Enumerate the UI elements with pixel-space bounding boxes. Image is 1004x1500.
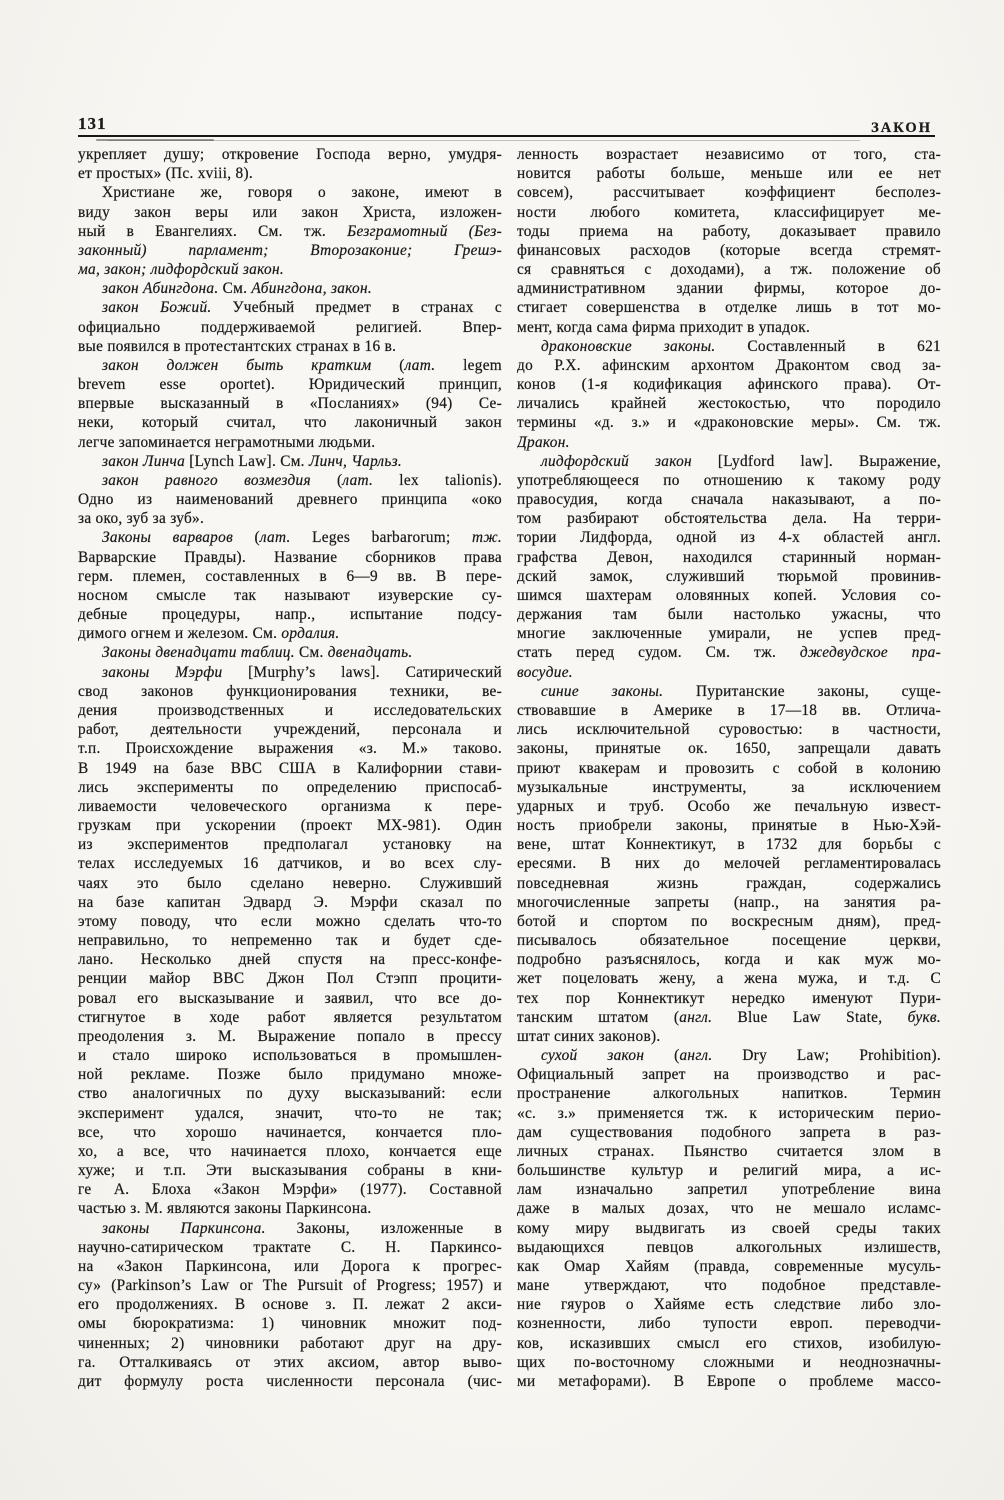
italic-run: закон Божий. [102,299,212,316]
text-line: на базе капитан Эдвард Э. Мэрфи сказал п… [78,893,502,912]
text-line: вые появился в протестантских странах в … [78,337,502,356]
italic-run: джедвудское пра- [800,644,941,661]
text-line: грузкам при ускорении (проект MX-981). О… [78,816,502,835]
text-line: ма, закон; лидфордский закон. [78,260,502,279]
text-line: и стало широко использоваться в промышле… [78,1046,502,1065]
italic-run: закон равного возмездия [102,472,311,489]
text-line: административном здании фирмы, которое д… [517,279,941,298]
text-line: ет простых» (Пс. xviii, 8). [78,164,502,183]
text-line: лись эксперименты по определению приспос… [78,778,502,797]
text-line: частью з. М. являются законы Паркинсона. [78,1199,502,1218]
text-line: употребляющееся по отношению к такому ро… [517,471,941,490]
text-line: эксперимент удался, значит, что-то не та… [78,1104,502,1123]
text-line: лано. Несколько дней спустя на пресс-кон… [78,950,502,969]
italic-run: Законы варваров [102,529,233,546]
text-line: су» (Parkinson’s Law or The Pursuit of P… [78,1276,502,1295]
text-line: из экспериментов предполагал установку н… [78,835,502,854]
text-line: В 1949 на базе ВВС США в Калифорнии став… [78,759,502,778]
text-line: повседневная жизнь граждан, содержались [517,874,941,893]
text-line: законы Мэрфи [Murphy’s laws]. Сатирическ… [78,663,502,682]
text-line: до Р.Х. афинским архонтом Драконтом свод… [517,356,941,375]
text-line: совсем), рассчитывает коэффициент беспол… [517,183,941,202]
text-line: лидфордский закон [Lydford law]. Выражен… [517,452,941,471]
text-line: впервые высказанный в «Посланиях» (94) С… [78,394,502,413]
text-line: многочисленные запреты (напр., на заняти… [517,893,941,912]
text-line: законы, принятые ок. 1650, запрещали дав… [517,739,941,758]
text-line: жет поцеловать жену, а жена мужа, и т.д.… [517,969,941,988]
text-line: научно-сатирическом трактате С. Н. Парки… [78,1238,502,1257]
text-line: официально поддерживаемой религией. Впер… [78,318,502,337]
text-line: мане утверждают, что подобное представле… [517,1276,941,1295]
text-line: как Омар Хайям (правда, современные мусу… [517,1257,941,1276]
text-line: дский замок, служивший тюрьмой провинив- [517,567,941,586]
text-line: Одно из наименований древнего принципа «… [78,490,502,509]
text-line: ливаемости человеческого организма к пер… [78,797,502,816]
italic-run: закон Абингдона. [102,280,219,297]
text-line: кому миру выдвигать из своей среды таких [517,1219,941,1238]
italic-run: сухой закон [541,1047,644,1064]
text-line: свод законов функционирования техники, в… [78,682,502,701]
italic-run: Линч, Чарльз. [309,453,402,470]
text-line: личных странах. Пьянство считается злом … [517,1142,941,1161]
text-line: дам существования подобного запрета в ра… [517,1123,941,1142]
italic-run: англ. [679,1047,712,1064]
text-line: ми метафорами). В Европе о проблеме масс… [517,1372,941,1391]
text-line: Законы двенадцати таблиц. См. двенадцать… [78,643,502,662]
text-line: ние гяуров о Хайяме есть следствие либо … [517,1295,941,1314]
text-line: неправильно, то непременно так и будет с… [78,931,502,950]
text-line: ересями. В них до мелочей регламентирова… [517,854,941,873]
text-line: тоды приема на работу, доказывает правил… [517,222,941,241]
text-line: носном смысле так называют изуверские су… [78,586,502,605]
italic-run: англ. [679,1009,712,1026]
text-line: brevem esse oportet). Юридический принци… [78,375,502,394]
text-line: даже в малых дозах, что не мешало исламс… [517,1199,941,1218]
text-line: лись исключительной суровостью: в частно… [517,720,941,739]
italic-run: закон Линча [102,453,185,470]
text-line: законы Паркинсона. Законы, изложенные в [78,1219,502,1238]
text-line: укрепляет душу; откровение Господа верно… [78,145,502,164]
text-line: ударных и труб. Особо же печальную извес… [517,797,941,816]
italic-run: лат. [342,472,373,489]
text-line: ренции майор ВВС Джон Пол Стэпп процити- [78,969,502,988]
text-line: ге А. Блоха «Закон Мэрфи» (1977). Состав… [78,1180,502,1199]
italic-run: тж. [472,529,502,546]
header-rule [78,135,935,137]
text-line: легче запоминается неграмотными людьми. [78,433,502,452]
italic-run: двенадцать. [328,644,413,661]
text-line: Дракон. [517,433,941,452]
text-line: за око, зуб за зуб». [78,509,502,528]
text-line: выдающихся певцов алкогольных излишеств, [517,1238,941,1257]
text-line: чиненных; 2) чиновники работают друг на … [78,1334,502,1353]
text-line: Варварские Правды). Название сборников п… [78,548,502,567]
text-line: преодоления з. М. Выражение попало в пре… [78,1027,502,1046]
text-line: большинстве культур и религий мира, а ис… [517,1161,941,1180]
text-line: штат синих законов). [517,1027,941,1046]
text-line: ков, исказивших смысл его стихов, изобил… [517,1334,941,1353]
text-line: ся сравняться с доходами), а тж. положен… [517,260,941,279]
text-line: все, что хорошо начинается, кончается пл… [78,1123,502,1142]
italic-run: закон должен быть кратким [102,357,371,374]
text-line: на «Закон Паркинсона, или Дорога к прогр… [78,1257,502,1276]
italic-run: драконовские законы. [541,338,715,355]
text-line: стигнутое в ходе работ является результа… [78,1008,502,1027]
text-line: личались крайней жестокостью, что породи… [517,394,941,413]
text-line: многие заключенные умирали, не успев пре… [517,624,941,643]
text-line: новится работы больше, меньше или ее нет [517,164,941,183]
text-line: га. Отталкиваясь от этих аксиом, автор в… [78,1353,502,1372]
text-line: конов (1-я кодификация афинского права).… [517,375,941,394]
text-line: графства Девон, находился старинный норм… [517,548,941,567]
italic-run: синие законы. [541,683,663,700]
text-line: восудие. [517,663,941,682]
text-line: димого огнем и железом. См. ордалия. [78,624,502,643]
italic-run: лидфордский закон [541,453,692,470]
text-line: герм. племен, составленных в 6—9 вв. В п… [78,567,502,586]
italic-run: законы Паркинсона. [102,1220,266,1237]
column-right: ленность возрастает независимо от того, … [517,145,941,1391]
header-rule-smudge [96,139,214,141]
text-line: пространение алкогольных напитков. Терми… [517,1084,941,1103]
text-line: тории Лидфорда, одной из 4-х областей ан… [517,528,941,547]
text-line: ствовавшие в Америке в 17—18 вв. Отлича- [517,701,941,720]
text-line: дения производственных и исследовательск… [78,701,502,720]
text-line: синие законы. Пуританские законы, суще- [517,682,941,701]
column-left: укрепляет душу; откровение Господа верно… [78,145,502,1391]
text-line: мент, когда сама фирма приходит в упадок… [517,318,941,337]
text-line: ность приобрели законы, принятые в Нью-Х… [517,816,941,835]
text-line: ности любого комитета, классифицирует ме… [517,203,941,222]
text-line: правосудия, когда сначала наказывают, а … [517,490,941,509]
text-line: тех пор Коннектикут нередко именуют Пури… [517,989,941,1008]
page-number: 131 [78,114,107,134]
text-line: этому поводу, что если можно сделать что… [78,912,502,931]
text-line: ботой и спортом по воскресным дням), пре… [517,912,941,931]
text-line: финансовых расходов (которые всегда стре… [517,241,941,260]
text-line: чаях это было сделано неверно. Служивший [78,874,502,893]
scanned-dictionary-page: 131 ЗАКОН укрепляет душу; откровение Гос… [0,0,1004,1500]
text-line: лам изначально запретил употребление вин… [517,1180,941,1199]
text-line: хуже; и т.п. Эти высказывания собраны в … [78,1161,502,1180]
italic-run: лат. [260,529,291,546]
italic-run: лат. [405,357,436,374]
text-line: музыкальные инструменты, за исключением [517,778,941,797]
text-line: неки, который считал, что лаконичный зак… [78,413,502,432]
italic-run: букв. [908,1009,941,1026]
text-line: стать перед судом. См. тж. джедвудское п… [517,643,941,662]
text-line: виду закон веры или закон Христа, изложе… [78,203,502,222]
italic-run: законный) парламент; Второзаконие; Грешэ… [78,242,502,259]
text-line: стигает совершенства в отделке лишь в то… [517,298,941,317]
text-line: дебные процедуры, напр., испытание подсу… [78,605,502,624]
text-line: ленность возрастает независимо от того, … [517,145,941,164]
text-line: закон должен быть кратким (лат. legem [78,356,502,375]
header-rule-scan-artifact [108,140,860,141]
text-line: козненности, либо тупости европ. перевод… [517,1314,941,1333]
text-line: т.п. Происхождение выражения «з. М.» так… [78,739,502,758]
italic-run: ма, закон; лидфордский закон. [78,261,284,278]
text-line: ный в Евангелиях. См. тж. Безграмотный (… [78,222,502,241]
text-line: телах исследуемых 16 датчиков, и во всех… [78,854,502,873]
italic-run: Законы двенадцати таблиц. [102,644,295,661]
text-line: писывалось обязательное посещение церкви… [517,931,941,950]
italic-run: Дракон. [517,434,570,451]
text-line: Официальный запрет на производство и рас… [517,1065,941,1084]
text-line: подробно разъяснялось, когда и как муж м… [517,950,941,969]
text-line: танским штатом (англ. Blue Law State, бу… [517,1008,941,1027]
text-line: драконовские законы. Составленный в 621 [517,337,941,356]
text-line: приют квакерам и провозить с собой в кол… [517,759,941,778]
text-line: том разбирают обстоятельства дела. На те… [517,509,941,528]
text-line: закон Божий. Учебный предмет в странах с [78,298,502,317]
text-line: щих по-восточному сложными и неоднозначн… [517,1353,941,1372]
italic-run: восудие. [517,664,573,681]
text-line: держания там были настолько ужасны, что [517,605,941,624]
text-line: сухой закон (англ. Dry Law; Prohibition)… [517,1046,941,1065]
text-line: шимся шахтерам оловянных копей. Условия … [517,586,941,605]
italic-run: законы Мэрфи [102,664,222,681]
text-line: дит формулу роста численности персонала … [78,1372,502,1391]
text-line: Христиане же, говоря о законе, имеют в [78,183,502,202]
text-line: ство аналогичных по духу высказываний: е… [78,1084,502,1103]
text-line: омы бюрократизма: 1) чиновник множит под… [78,1314,502,1333]
text-line: его продолжениях. В основе з. П. лежат 2… [78,1295,502,1314]
text-line: ной рекламе. Позже было придумано множе- [78,1065,502,1084]
text-line: работ, деятельности учреждений, персонал… [78,720,502,739]
text-line: Законы варваров (лат. Leges barbarorum; … [78,528,502,547]
text-line: ровал его высказывание и заявил, что все… [78,989,502,1008]
italic-run: Абингдона, закон. [251,280,372,297]
text-line: термины «д. з.» и «драконовские меры». С… [517,413,941,432]
text-line: «с. з.» применяется тж. к историческим п… [517,1104,941,1123]
italic-run: Безграмотный (Без- [347,223,502,240]
text-line: хо, а все, что начинается плохо, кончает… [78,1142,502,1161]
text-line: вене, штат Коннектикут, в 1732 для борьб… [517,835,941,854]
text-line: закон равного возмездия (лат. lex talion… [78,471,502,490]
italic-run: ордалия. [281,625,339,642]
text-line: законный) парламент; Второзаконие; Грешэ… [78,241,502,260]
text-line: закон Линча [Lynch Law]. См. Линч, Чарль… [78,452,502,471]
text-line: закон Абингдона. См. Абингдона, закон. [78,279,502,298]
